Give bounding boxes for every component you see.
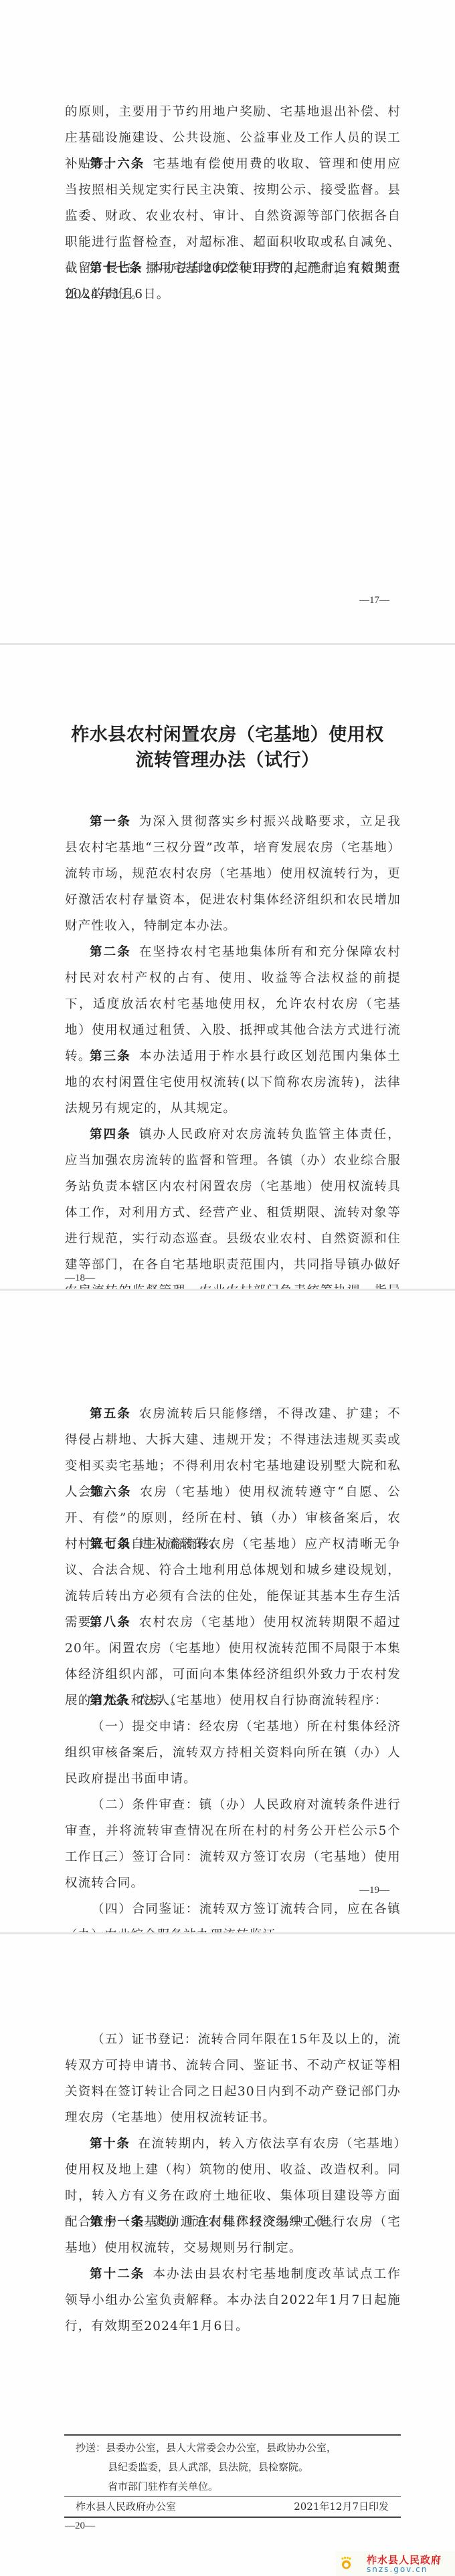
page-19: 第五条农房流转后只能修缮，不得改建、扩建；不得侵占耕地、大拆大建、违规开发；不得… [0, 1291, 455, 1932]
title-line-1: 柞水县农村闲置农房（宅基地）使用权 [0, 723, 455, 748]
issuer: 柞水县人民政府办公室 [76, 2500, 176, 2513]
paragraph-text: 农房（宅基地）使用权自行协商流转程序： [137, 1694, 387, 1708]
paragraph-text: （三）签订合同：流转双方签订农房（宅基地）使用权流转合同。 [65, 1850, 401, 1890]
cc-label: 抄送： [76, 2442, 106, 2454]
article-heading: 第十条 [90, 2137, 130, 2151]
article-9: 第九条农房（宅基地）使用权自行协商流转程序： [65, 1688, 401, 1714]
cc-row-2: 县纪委监委，县人武部，县法院，县检察院。 [64, 2458, 401, 2477]
article-heading: 第二条 [90, 945, 131, 959]
page-number: —18— [65, 1273, 95, 1284]
site-watermark: 柞水县人民政府 snzs.gov.cn [336, 2551, 455, 2576]
footprint-logo-icon [341, 2557, 352, 2569]
article-heading: 第九条 [90, 1694, 129, 1708]
procedure-step-5: （五）证书登记：流转合同年限在15年及以上的，流转双方可持申请书、流转合同、鉴证… [65, 2027, 401, 2131]
cc-recipients-3: 省市部门驻柞有关单位。 [108, 2480, 218, 2492]
issue-date: 2021年12月7日印发 [294, 2497, 389, 2517]
article-heading: 第一条 [90, 815, 131, 829]
page-number: —20— [65, 2521, 95, 2532]
article-1: 第一条为深入贯彻落实乡村振兴战略要求，立足我县农村宅基地“三权分置”改革，培育发… [65, 809, 401, 939]
issuer-row: 柞水县人民政府办公室 2021年12月7日印发 [64, 2497, 401, 2517]
paragraph-text: （一）提交申请：经农房（宅基地）所在村集体经济组织审核备案后，流转双方持相关资料… [65, 1720, 401, 1786]
divider [64, 2434, 401, 2436]
article-heading: 第八条 [90, 1616, 131, 1630]
page-18: 柞水县农村闲置农房（宅基地）使用权 流转管理办法（试行） 第一条为深入贯彻落实乡… [0, 645, 455, 1289]
article-17: 第十七条本办法自2022年1月7日起施行，有效期至2024年1月6日。 [65, 255, 401, 307]
article-3: 第三条本办法适用于柞水县行政区划范围内集体土地的农村闲置住宅使用权流转(以下简称… [65, 1043, 401, 1122]
cc-recipients-2: 县纪委监委，县人武部，县法院，县检察院。 [108, 2461, 308, 2473]
title-line-2: 流转管理办法（试行） [0, 748, 455, 773]
cc-row-3: 省市部门驻柞有关单位。 [64, 2477, 401, 2496]
article-heading: 第七条 [90, 1537, 131, 1551]
article-heading: 第十七条 [90, 261, 143, 275]
page-20: （五）证书登记：流转合同年限在15年及以上的，流转双方可持申请书、流转合同、鉴证… [0, 1934, 455, 2576]
cc-recipients-1: 县委办公室，县人大常委会办公室，县政协办公室， [106, 2442, 337, 2454]
page-number: —19— [359, 1885, 389, 1896]
article-heading: 第三条 [90, 1049, 131, 1063]
watermark-url: snzs.gov.cn [367, 2565, 428, 2574]
paragraph-text: （五）证书登记：流转合同年限在15年及以上的，流转双方可持申请书、流转合同、鉴证… [65, 2033, 401, 2125]
article-heading: 第十一条 [90, 2215, 145, 2229]
procedure-step-1: （一）提交申请：经农房（宅基地）所在村集体经济组织审核备案后，流转双方持相关资料… [65, 1714, 401, 1792]
page-number: —17— [359, 595, 389, 606]
distribution-block: 抄送：县委办公室，县人大常委会办公室，县政协办公室， 县纪委监委，县人武部，县法… [64, 2434, 401, 2518]
paragraph-text: 为深入贯彻落实乡村振兴战略要求，立足我县农村宅基地“三权分置”改革，培育发展农房… [65, 815, 401, 933]
page-17: 的原则，主要用于节约用地户奖励、宅基地退出补偿、村庄基础设施建设、公共设施、公益… [0, 0, 455, 643]
divider [64, 2517, 401, 2518]
article-12: 第十二条本办法由县农村宅基地制度改革试点工作领导小组办公室负责解释。本办法自20… [65, 2261, 401, 2339]
article-heading: 第十二条 [90, 2267, 145, 2281]
article-heading: 第十六条 [90, 157, 145, 171]
article-heading: 第五条 [90, 1407, 131, 1421]
document-title: 柞水县农村闲置农房（宅基地）使用权 流转管理办法（试行） [0, 723, 455, 773]
article-11: 第十一条鼓励通过农村产权交易中心进行农房（宅基地）使用权流转，交易规则另行制定。 [65, 2209, 401, 2261]
cc-row-1: 抄送：县委办公室，县人大常委会办公室，县政协办公室， [64, 2438, 401, 2458]
article-heading: 第六条 [90, 1485, 132, 1499]
procedure-step-3: （三）签订合同：流转双方签订农房（宅基地）使用权流转合同。 [65, 1844, 401, 1896]
article-heading: 第四条 [90, 1128, 131, 1142]
